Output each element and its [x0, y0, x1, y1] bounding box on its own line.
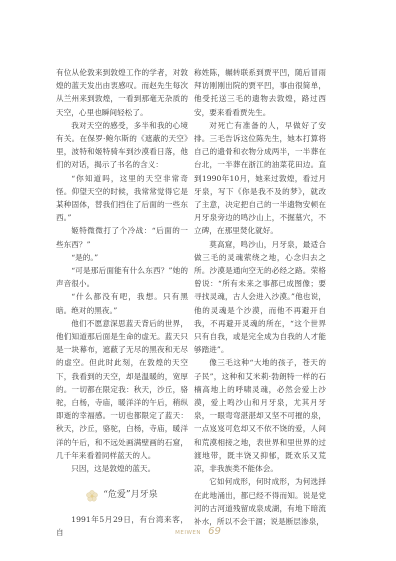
- magazine-page: 有位从伦敦来到敦煌工作的学者，对敦煌的蓝天发出由衷感叹。而赵先生每次从兰州来到敦…: [0, 0, 396, 561]
- paragraph: 姬特微微打了个冷战：“后面的一些东西？”: [56, 224, 188, 250]
- paragraph: 他们不愿意深思蓝天背后的世界，他们知道那后面是生命的虚无。蓝天只是一块幕布，遮蔽…: [56, 317, 188, 462]
- paragraph: “是的。”: [56, 251, 188, 264]
- page-number: 69: [208, 526, 221, 537]
- page-footer: MEIWEN 69: [0, 519, 396, 538]
- paragraph: 我对天空的感受，多半和我的心境有关。在保罗·鲍尔斯的《遮蔽的天空》里，波特和姬特…: [56, 119, 188, 172]
- section-heading: “危爱”月牙泉: [56, 489, 188, 502]
- paragraph: “什么都没有吧，我想。只有黑暗。绝对的黑夜。”: [56, 290, 188, 316]
- magazine-brand: MEIWEN: [175, 530, 201, 536]
- left-column: 有位从伦敦来到敦煌工作的学者，对敦煌的蓝天发出由衷感叹。而赵先生每次从兰州来到敦…: [56, 66, 188, 539]
- paragraph: 只因，这是敦煌的蓝天。: [56, 462, 188, 475]
- right-column: 称姓陈，辗转联系到贾平凹，随后冒雨拜访刚刚出院的贾平凹，事由很简单，他受托送三毛…: [194, 66, 326, 528]
- paragraph: 称姓陈，辗转联系到贾平凹，随后冒雨拜访刚刚出院的贾平凹，事由很简单，他受托送三毛…: [194, 66, 326, 119]
- paragraph: “你知道吗，这里的天空非常奇怪。仰望天空的时候，我常常觉得它是某种固体，替我们挡…: [56, 172, 188, 225]
- flower-icon: [86, 490, 98, 502]
- section-title: “危爱”月牙泉: [103, 489, 158, 502]
- paragraph: “可是那后面能有什么东西？”她的声音很小。: [56, 264, 188, 290]
- paragraph: 有位从伦敦来到敦煌工作的学者，对敦煌的蓝天发出由衷感叹。而赵先生每次从兰州来到敦…: [56, 66, 188, 119]
- paragraph: 莫高窟，鸣沙山，月牙泉，最适合做三毛的灵魂萦绕之地，心念归去之所。沙漠是通向空无…: [194, 238, 326, 357]
- paragraph: 对死亡有准备的人，早做好了安排。三毛告诉这位陈先生，她本打算将自己的遗骨和衣物分…: [194, 119, 326, 238]
- paragraph: 像三毛这种“大地的孩子，苍天的子民”，这种和艾米莉·勃朗特一样的石楠高地上的呼啸…: [194, 356, 326, 475]
